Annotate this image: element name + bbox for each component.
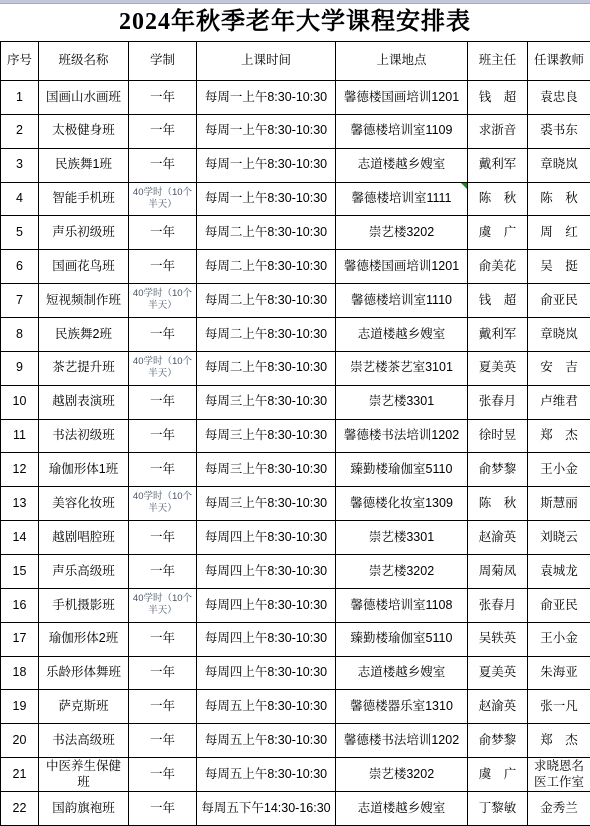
cell-location-row6: 馨德楼国画培训1201 [336,250,468,284]
cell-text: 瑜伽形体2班 [49,631,118,645]
table-row: 16手机摄影班40学时（10个半天）每周四上午8:30-10:30馨德楼培训室1… [1,588,590,622]
cell-index-row15: 15 [1,555,39,589]
table-header-row: 序号 班级名称 学制 上课时间 上课地点 班主任 任课教师 [1,42,590,81]
cell-class-name-row11: 书法初级班 [39,419,129,453]
cell-text: 每周五下午14:30-16:30 [201,801,330,815]
cell-location-row7: 馨德楼培训室1110 [336,284,468,318]
cell-time-row5: 每周二上午8:30-10:30 [197,216,336,250]
cell-class-name-row18: 乐龄形体舞班 [39,656,129,690]
cell-text: 手机摄影班 [52,598,115,612]
cell-index-row10: 10 [1,385,39,419]
cell-duration-row3: 一年 [129,148,197,182]
cell-text: 2 [16,123,23,137]
cell-time-row1: 每周一上午8:30-10:30 [197,81,336,115]
table-row: 5声乐初级班一年每周二上午8:30-10:30崇艺楼3202虞 广周 红 [1,216,590,250]
table-row: 11书法初级班一年每周三上午8:30-10:30馨德楼书法培训1202徐时昱郑 … [1,419,590,453]
cell-class-name-row10: 越剧表演班 [39,385,129,419]
cell-time-row10: 每周三上午8:30-10:30 [197,385,336,419]
cell-text: 智能手机班 [52,191,115,205]
cell-index-row12: 12 [1,453,39,487]
cell-text: 一年 [150,123,175,137]
cell-text: 声乐初级班 [52,225,115,239]
cell-head-teacher-row17: 吴轶英 [468,622,528,656]
cell-text: 国画山水画班 [46,90,121,104]
cell-duration-row10: 一年 [129,385,197,419]
cell-location-row13: 馨德楼化妆室1309 [336,487,468,521]
cell-index-row1: 1 [1,81,39,115]
table-row: 6国画花鸟班一年每周二上午8:30-10:30馨德楼国画培训1201俞美花吴 挺 [1,250,590,284]
cell-location-row22: 志道楼越乡嫂室 [336,792,468,826]
cell-text: 吴轶英 [479,631,517,645]
table-row: 19萨克斯班一年每周五上午8:30-10:30馨德楼器乐室1310赵渝英张一凡 [1,690,590,724]
cell-text: 10 [13,394,27,408]
cell-text: 志道楼越乡嫂室 [358,327,446,341]
cell-text: 钱 超 [479,293,517,307]
cell-text: 馨德楼国画培训1201 [344,90,459,104]
cell-text: 国韵旗袍班 [52,801,115,815]
cell-text: 张一凡 [540,699,578,713]
cell-duration-row14: 一年 [129,521,197,555]
cell-text: 馨德楼书法培训1202 [344,428,459,442]
cell-text: 越剧表演班 [52,394,115,408]
cell-time-row17: 每周四上午8:30-10:30 [197,622,336,656]
cell-duration-row6: 一年 [129,250,197,284]
cell-text: 一年 [150,733,175,747]
cell-text: 王小金 [540,631,578,645]
cell-duration-row8: 一年 [129,318,197,352]
cell-text: 俞亚民 [540,293,578,307]
cell-text: 崇艺楼3301 [369,530,434,544]
cell-time-row13: 每周三上午8:30-10:30 [197,487,336,521]
cell-index-row20: 20 [1,724,39,758]
cell-text: 22 [13,801,27,815]
column-header-time: 上课时间 [197,42,336,81]
cell-location-row19: 馨德楼器乐室1310 [336,690,468,724]
cell-text: 每周三上午8:30-10:30 [205,496,327,510]
column-header-location: 上课地点 [336,42,468,81]
cell-time-row9: 每周二上午8:30-10:30 [197,351,336,385]
column-header-course-teacher: 任课教师 [528,42,590,81]
cell-index-row21: 21 [1,758,39,792]
cell-text: 13 [13,496,27,510]
cell-text: 40学时（10个半天） [132,593,193,617]
cell-index-row7: 7 [1,284,39,318]
cell-text: 郑 杰 [540,733,578,747]
cell-text: 6 [16,259,23,273]
cell-head-teacher-row8: 戴利军 [468,318,528,352]
cell-text: 臻勤楼瑜伽室5110 [351,462,453,476]
cell-text: 17 [13,631,27,645]
table-row: 9茶艺提升班40学时（10个半天）每周二上午8:30-10:30崇艺楼茶艺室31… [1,351,590,385]
cell-course-teacher-row12: 王小金 [528,453,590,487]
cell-time-row14: 每周四上午8:30-10:30 [197,521,336,555]
cell-text: 斯慧丽 [540,496,578,510]
cell-head-teacher-row2: 求浙音 [468,114,528,148]
cell-text: 7 [16,293,23,307]
cell-text: 崇艺楼3202 [369,767,434,781]
cell-text: 每周四上午8:30-10:30 [205,631,327,645]
cell-text: 章晓岚 [540,327,578,341]
cell-duration-row13: 40学时（10个半天） [129,487,197,521]
cell-course-teacher-row10: 卢维君 [528,385,590,419]
cell-time-row20: 每周五上午8:30-10:30 [197,724,336,758]
cell-text: 一年 [150,665,175,679]
cell-text: 8 [16,327,23,341]
cell-index-row2: 2 [1,114,39,148]
table-row: 12瑜伽形体1班一年每周三上午8:30-10:30臻勤楼瑜伽室5110俞梦黎王小… [1,453,590,487]
cell-location-row20: 馨德楼书法培训1202 [336,724,468,758]
cell-duration-row16: 40学时（10个半天） [129,588,197,622]
cell-text: 求浙音 [479,123,517,137]
table-row: 3民族舞1班一年每周一上午8:30-10:30志道楼越乡嫂室戴利军章晓岚 [1,148,590,182]
cell-text: 19 [13,699,27,713]
cell-text: 15 [13,564,27,578]
cell-text: 安 吉 [540,360,578,374]
cell-course-teacher-row20: 郑 杰 [528,724,590,758]
cell-text: 瑜伽形体1班 [49,462,118,476]
cell-text: 夏美英 [479,360,517,374]
cell-class-name-row9: 茶艺提升班 [39,351,129,385]
cell-course-teacher-row8: 章晓岚 [528,318,590,352]
cell-text: 每周五上午8:30-10:30 [205,699,327,713]
cell-location-row17: 臻勤楼瑜伽室5110 [336,622,468,656]
cell-duration-row15: 一年 [129,555,197,589]
cell-head-teacher-row12: 俞梦黎 [468,453,528,487]
cell-duration-row11: 一年 [129,419,197,453]
cell-text: 吴 挺 [540,259,578,273]
cell-course-teacher-row6: 吴 挺 [528,250,590,284]
cell-text: 每周二上午8:30-10:30 [205,225,327,239]
cell-course-teacher-row18: 朱海亚 [528,656,590,690]
cell-class-name-row5: 声乐初级班 [39,216,129,250]
cell-head-teacher-row11: 徐时昱 [468,419,528,453]
cell-location-row8: 志道楼越乡嫂室 [336,318,468,352]
cell-text: 袁城龙 [540,564,578,578]
cell-location-row10: 崇艺楼3301 [336,385,468,419]
cell-text: 美容化妆班 [52,496,115,510]
cell-text: 20 [13,733,27,747]
cell-text: 1 [16,90,23,104]
cell-location-row9: 崇艺楼茶艺室3101 [336,351,468,385]
cell-text: 一年 [150,225,175,239]
column-header-index: 序号 [1,42,39,81]
cell-text: 40学时（10个半天） [132,491,193,515]
cell-head-teacher-row20: 俞梦黎 [468,724,528,758]
cell-note-corner-triangle-icon [461,183,467,189]
cell-time-row4: 每周一上午8:30-10:30 [197,182,336,216]
cell-text: 每周四上午8:30-10:30 [205,598,327,612]
cell-duration-row2: 一年 [129,114,197,148]
cell-head-teacher-row18: 夏美英 [468,656,528,690]
cell-duration-row19: 一年 [129,690,197,724]
cell-head-teacher-row4: 陈 秋 [468,182,528,216]
cell-text: 民族舞1班 [55,157,112,171]
cell-text: 崇艺楼3301 [369,394,434,408]
cell-text: 馨德楼书法培训1202 [344,733,459,747]
cell-course-teacher-row1: 袁忠良 [528,81,590,115]
cell-text: 每周二上午8:30-10:30 [205,327,327,341]
cell-course-teacher-row9: 安 吉 [528,351,590,385]
cell-text: 崇艺楼茶艺室3101 [350,360,453,374]
cell-text: 志道楼越乡嫂室 [358,801,446,815]
cell-text: 戴利军 [479,157,517,171]
cell-text: 袁忠良 [540,90,578,104]
cell-index-row8: 8 [1,318,39,352]
course-schedule-table: 序号 班级名称 学制 上课时间 上课地点 班主任 任课教师 1国画山水画班一年每… [0,41,590,826]
cell-class-name-row2: 太极健身班 [39,114,129,148]
cell-text: 每周五上午8:30-10:30 [205,767,327,781]
cell-class-name-row16: 手机摄影班 [39,588,129,622]
cell-text: 一年 [150,530,175,544]
cell-text: 志道楼越乡嫂室 [358,665,446,679]
cell-text: 一年 [150,699,175,713]
cell-text: 短视频制作班 [46,293,121,307]
cell-text: 陈 秋 [479,191,517,205]
cell-text: 每周二上午8:30-10:30 [205,360,327,374]
cell-class-name-row22: 国韵旗袍班 [39,792,129,826]
cell-head-teacher-row16: 张春月 [468,588,528,622]
table-row: 4智能手机班40学时（10个半天）每周一上午8:30-10:30馨德楼培训室11… [1,182,590,216]
cell-text: 一年 [150,90,175,104]
table-row: 1国画山水画班一年每周一上午8:30-10:30馨德楼国画培训1201钱 超袁忠… [1,81,590,115]
cell-location-row14: 崇艺楼3301 [336,521,468,555]
cell-text: 3 [16,157,23,171]
cell-head-teacher-row14: 赵渝英 [468,521,528,555]
cell-head-teacher-row15: 周菊凤 [468,555,528,589]
cell-head-teacher-row6: 俞美花 [468,250,528,284]
cell-class-name-row7: 短视频制作班 [39,284,129,318]
table-row: 21中医养生保健班一年每周五上午8:30-10:30崇艺楼3202虞 广求晓恩名… [1,758,590,792]
table-row: 10越剧表演班一年每周三上午8:30-10:30崇艺楼3301张春月卢维君 [1,385,590,419]
cell-location-row3: 志道楼越乡嫂室 [336,148,468,182]
cell-text: 每周三上午8:30-10:30 [205,462,327,476]
cell-text: 14 [13,530,27,544]
table-row: 20书法高级班一年每周五上午8:30-10:30馨德楼书法培训1202俞梦黎郑 … [1,724,590,758]
cell-text: 一年 [150,564,175,578]
cell-location-row15: 崇艺楼3202 [336,555,468,589]
cell-text: 每周四上午8:30-10:30 [205,564,327,578]
table-row: 2太极健身班一年每周一上午8:30-10:30馨德楼培训室1109求浙音裘书东 [1,114,590,148]
cell-location-row1: 馨德楼国画培训1201 [336,81,468,115]
cell-text: 40学时（10个半天） [132,187,193,211]
cell-text: 徐时昱 [479,428,517,442]
cell-text: 越剧唱腔班 [52,530,115,544]
cell-text: 每周三上午8:30-10:30 [205,394,327,408]
cell-head-teacher-row7: 钱 超 [468,284,528,318]
cell-time-row12: 每周三上午8:30-10:30 [197,453,336,487]
table-row: 15声乐高级班一年每周四上午8:30-10:30崇艺楼3202周菊凤袁城龙 [1,555,590,589]
cell-text: 俞美花 [479,259,517,273]
cell-time-row6: 每周二上午8:30-10:30 [197,250,336,284]
cell-class-name-row14: 越剧唱腔班 [39,521,129,555]
cell-text: 俞梦黎 [479,733,517,747]
cell-location-row16: 馨德楼培训室1108 [336,588,468,622]
cell-text: 夏美英 [479,665,517,679]
cell-text: 郑 杰 [540,428,578,442]
cell-class-name-row17: 瑜伽形体2班 [39,622,129,656]
cell-course-teacher-row15: 袁城龙 [528,555,590,589]
cell-class-name-row3: 民族舞1班 [39,148,129,182]
cell-text: 张春月 [479,394,517,408]
cell-text: 21 [13,767,27,781]
cell-text: 周菊凤 [479,564,517,578]
cell-head-teacher-row3: 戴利军 [468,148,528,182]
cell-text: 9 [16,360,23,374]
cell-text: 一年 [150,767,175,781]
cell-class-name-row13: 美容化妆班 [39,487,129,521]
cell-text: 乐龄形体舞班 [46,665,121,679]
cell-text: 11 [13,428,26,442]
cell-index-row13: 13 [1,487,39,521]
cell-text: 每周三上午8:30-10:30 [205,428,327,442]
cell-course-teacher-row19: 张一凡 [528,690,590,724]
cell-text: 一年 [150,631,175,645]
cell-text: 臻勤楼瑜伽室5110 [351,631,453,645]
table-row: 18乐龄形体舞班一年每周四上午8:30-10:30志道楼越乡嫂室夏美英朱海亚 [1,656,590,690]
cell-text: 钱 超 [479,90,517,104]
cell-index-row9: 9 [1,351,39,385]
cell-text: 裘书东 [540,123,578,137]
schedule-table-body: 1国画山水画班一年每周一上午8:30-10:30馨德楼国画培训1201钱 超袁忠… [1,81,590,826]
cell-text: 每周四上午8:30-10:30 [205,530,327,544]
cell-class-name-row20: 书法高级班 [39,724,129,758]
cell-text: 书法高级班 [52,733,115,747]
cell-course-teacher-row4: 陈 秋 [528,182,590,216]
cell-head-teacher-row9: 夏美英 [468,351,528,385]
cell-text: 书法初级班 [52,428,115,442]
cell-time-row15: 每周四上午8:30-10:30 [197,555,336,589]
cell-index-row11: 11 [1,419,39,453]
cell-text: 一年 [150,157,175,171]
cell-text: 朱海亚 [540,665,578,679]
cell-head-teacher-row21: 虞 广 [468,758,528,792]
cell-duration-row17: 一年 [129,622,197,656]
cell-text: 卢维君 [540,394,578,408]
cell-text: 戴利军 [479,327,517,341]
cell-text: 40学时（10个半天） [132,288,193,312]
cell-text: 俞梦黎 [479,462,517,476]
cell-text: 太极健身班 [52,123,115,137]
cell-text: 每周四上午8:30-10:30 [205,665,327,679]
cell-text: 馨德楼培训室1109 [351,123,453,137]
cell-text: 18 [13,665,27,679]
cell-text: 茶艺提升班 [52,360,115,374]
cell-text: 一年 [150,801,175,815]
cell-text: 章晓岚 [540,157,578,171]
cell-text: 每周一上午8:30-10:30 [205,191,327,205]
cell-time-row7: 每周二上午8:30-10:30 [197,284,336,318]
cell-course-teacher-row21: 求晓恩名医工作室 [528,758,590,792]
cell-head-teacher-row22: 丁黎敏 [468,792,528,826]
cell-text: 陈 秋 [479,496,517,510]
cell-text: 崇艺楼3202 [369,225,434,239]
cell-text: 馨德楼培训室1108 [351,598,453,612]
cell-class-name-row21: 中医养生保健班 [39,758,129,792]
cell-time-row18: 每周四上午8:30-10:30 [197,656,336,690]
cell-index-row14: 14 [1,521,39,555]
cell-text: 刘晓云 [540,530,578,544]
cell-location-row2: 馨德楼培训室1109 [336,114,468,148]
cell-head-teacher-row5: 虞 广 [468,216,528,250]
cell-duration-row22: 一年 [129,792,197,826]
cell-text: 虞 广 [479,225,517,239]
cell-class-name-row19: 萨克斯班 [39,690,129,724]
cell-course-teacher-row11: 郑 杰 [528,419,590,453]
cell-location-row11: 馨德楼书法培训1202 [336,419,468,453]
cell-class-name-row15: 声乐高级班 [39,555,129,589]
cell-duration-row9: 40学时（10个半天） [129,351,197,385]
cell-time-row11: 每周三上午8:30-10:30 [197,419,336,453]
cell-time-row19: 每周五上午8:30-10:30 [197,690,336,724]
column-header-head-teacher: 班主任 [468,42,528,81]
cell-text: 12 [13,462,27,476]
table-row: 17瑜伽形体2班一年每周四上午8:30-10:30臻勤楼瑜伽室5110吴轶英王小… [1,622,590,656]
cell-location-row5: 崇艺楼3202 [336,216,468,250]
cell-text: 16 [13,598,27,612]
cell-text: 馨德楼器乐室1310 [350,699,453,713]
cell-class-name-row1: 国画山水画班 [39,81,129,115]
cell-text: 萨克斯班 [58,699,108,713]
cell-text: 一年 [150,394,175,408]
cell-text: 声乐高级班 [52,564,115,578]
cell-text: 5 [16,225,23,239]
column-header-duration: 学制 [129,42,197,81]
cell-class-name-row6: 国画花鸟班 [39,250,129,284]
cell-time-row22: 每周五下午14:30-16:30 [197,792,336,826]
cell-duration-row18: 一年 [129,656,197,690]
cell-text: 馨德楼培训室1111 [351,191,451,205]
cell-head-teacher-row10: 张春月 [468,385,528,419]
cell-course-teacher-row7: 俞亚民 [528,284,590,318]
cell-index-row4: 4 [1,182,39,216]
cell-index-row22: 22 [1,792,39,826]
cell-text: 国画花鸟班 [52,259,115,273]
table-row: 7短视频制作班40学时（10个半天）每周二上午8:30-10:30馨德楼培训室1… [1,284,590,318]
cell-text: 一年 [150,259,175,273]
cell-text: 丁黎敏 [479,801,517,815]
cell-text: 4 [16,191,23,205]
cell-class-name-row12: 瑜伽形体1班 [39,453,129,487]
cell-location-row4: 馨德楼培训室1111 [336,182,468,216]
cell-time-row21: 每周五上午8:30-10:30 [197,758,336,792]
cell-text: 陈 秋 [540,191,578,205]
cell-text: 每周二上午8:30-10:30 [205,293,327,307]
cell-duration-row1: 一年 [129,81,197,115]
cell-text: 赵渝英 [479,530,517,544]
cell-course-teacher-row16: 俞亚民 [528,588,590,622]
cell-duration-row20: 一年 [129,724,197,758]
cell-index-row3: 3 [1,148,39,182]
cell-text: 民族舞2班 [55,327,112,341]
cell-text: 俞亚民 [540,598,578,612]
cell-text: 张春月 [479,598,517,612]
cell-course-teacher-row2: 裘书东 [528,114,590,148]
cell-time-row2: 每周一上午8:30-10:30 [197,114,336,148]
cell-text: 志道楼越乡嫂室 [358,157,446,171]
cell-text: 馨德楼培训室1110 [351,293,452,307]
cell-text: 每周一上午8:30-10:30 [205,123,327,137]
cell-text: 一年 [150,428,175,442]
cell-text: 金秀兰 [540,801,578,815]
column-header-class-name: 班级名称 [39,42,129,81]
cell-course-teacher-row3: 章晓岚 [528,148,590,182]
cell-time-row16: 每周四上午8:30-10:30 [197,588,336,622]
cell-location-row18: 志道楼越乡嫂室 [336,656,468,690]
cell-index-row16: 16 [1,588,39,622]
cell-text: 虞 广 [479,767,517,781]
table-row: 13美容化妆班40学时（10个半天）每周三上午8:30-10:30馨德楼化妆室1… [1,487,590,521]
cell-text: 中医养生保健班 [46,759,121,789]
